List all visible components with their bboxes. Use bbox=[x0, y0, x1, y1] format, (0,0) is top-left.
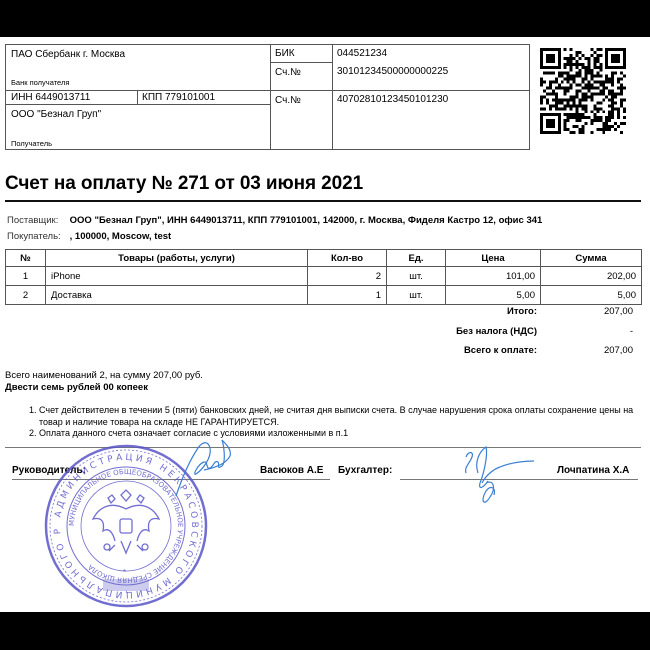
director-name: Васюков А.Е bbox=[260, 465, 323, 476]
items-table: № Товары (работы, услуги) Кол-во Ед. Цен… bbox=[5, 249, 642, 305]
invoice-page: ПАО Сбербанк г. Москва Банк получателя Б… bbox=[0, 37, 650, 612]
row-name: Доставка bbox=[46, 286, 308, 305]
amount-in-words: Двести семь рублей 00 копеек bbox=[5, 382, 203, 394]
director-signature-icon bbox=[168, 434, 238, 504]
row-sum: 202,00 bbox=[541, 267, 642, 286]
term-item: Оплата данного счета означает согласие с… bbox=[39, 428, 634, 440]
accountant-name: Лочпатина Х.А bbox=[557, 465, 629, 476]
account-label: Сч.№ bbox=[275, 95, 301, 107]
total-label: Итого: bbox=[507, 306, 537, 317]
accountant-signature-icon bbox=[460, 443, 540, 513]
col-header-unit: Ед. bbox=[387, 250, 446, 267]
corr-account-value: 30101234500000000225 bbox=[337, 66, 448, 78]
table-row: 2 Доставка 1 шт. 5,00 5,00 bbox=[6, 286, 642, 305]
bik-label: БИК bbox=[275, 48, 295, 60]
total-value: 207,00 bbox=[604, 306, 633, 317]
items-count-line: Всего наименований 2, на сумму 207,00 ру… bbox=[5, 370, 203, 382]
row-unit: шт. bbox=[387, 286, 446, 305]
buyer-label: Покупатель: bbox=[7, 231, 67, 242]
title-divider bbox=[5, 200, 641, 202]
row-unit: шт. bbox=[387, 267, 446, 286]
terms-block: Счет действителен в течении 5 (пяти) бан… bbox=[24, 405, 634, 440]
row-price: 101,00 bbox=[446, 267, 541, 286]
total-row: Итого: 207,00 bbox=[0, 304, 650, 324]
recipient-name: ООО "Безнал Груп" bbox=[11, 109, 101, 121]
vat-label: Без налога (НДС) bbox=[456, 326, 537, 337]
kpp-value: КПП 779101001 bbox=[142, 92, 215, 104]
buyer-value: , 100000, Moscow, test bbox=[70, 231, 172, 242]
table-header-row: № Товары (работы, услуги) Кол-во Ед. Цен… bbox=[6, 250, 642, 267]
accountant-label: Бухгалтер: bbox=[338, 465, 392, 476]
bik-value: 044521234 bbox=[337, 48, 387, 60]
grand-total-row: Всего к оплате: 207,00 bbox=[0, 343, 650, 363]
row-sum: 5,00 bbox=[541, 286, 642, 305]
vat-value: - bbox=[630, 326, 633, 337]
row-number: 1 bbox=[6, 267, 46, 286]
row-qty: 2 bbox=[308, 267, 387, 286]
grand-total-label: Всего к оплате: bbox=[464, 345, 537, 356]
invoice-title: Счет на оплату № 271 от 03 июня 2021 bbox=[5, 173, 363, 195]
row-number: 2 bbox=[6, 286, 46, 305]
account-value: 40702810123450101230 bbox=[337, 94, 448, 106]
supplier-line: Поставщик: ООО "Безнал Груп", ИНН 644901… bbox=[7, 215, 542, 226]
buyer-line: Покупатель: , 100000, Moscow, test bbox=[7, 231, 171, 242]
svg-text:МУНИЦИПАЛЬНОЕ ОБЩЕОБРАЗОВАТЕЛЬ: МУНИЦИПАЛЬНОЕ ОБЩЕОБРАЗОВАТЕЛЬНОЕ УЧРЕЖД… bbox=[68, 468, 184, 584]
col-header-number: № bbox=[6, 250, 46, 267]
table-row: 1 iPhone 2 шт. 101,00 202,00 bbox=[6, 267, 642, 286]
vat-row: Без налога (НДС) - bbox=[0, 324, 650, 344]
col-header-price: Цена bbox=[446, 250, 541, 267]
inn-value: ИНН 6449013711 bbox=[11, 92, 90, 104]
row-qty: 1 bbox=[308, 286, 387, 305]
term-item: Счет действителен в течении 5 (пяти) бан… bbox=[39, 405, 634, 428]
grand-total-value: 207,00 bbox=[604, 345, 633, 356]
recipient-label: Получатель bbox=[11, 138, 52, 150]
corr-account-label: Сч.№ bbox=[275, 67, 301, 79]
row-name: iPhone bbox=[46, 267, 308, 286]
bank-label: Банк получателя bbox=[11, 77, 69, 89]
col-header-goods: Товары (работы, услуги) bbox=[46, 250, 308, 267]
supplier-value: ООО "Безнал Груп", ИНН 6449013711, КПП 7… bbox=[70, 215, 543, 226]
row-price: 5,00 bbox=[446, 286, 541, 305]
col-header-sum: Сумма bbox=[541, 250, 642, 267]
svg-text:*: * bbox=[123, 568, 126, 577]
bank-details-block: ПАО Сбербанк г. Москва Банк получателя Б… bbox=[5, 44, 530, 150]
col-header-qty: Кол-во bbox=[308, 250, 387, 267]
qr-code-icon bbox=[540, 48, 626, 134]
summary-block: Всего наименований 2, на сумму 207,00 ру… bbox=[5, 370, 203, 394]
supplier-label: Поставщик: bbox=[7, 215, 67, 226]
bank-name: ПАО Сбербанк г. Москва bbox=[11, 49, 125, 61]
totals-block: Итого: 207,00 Без налога (НДС) - Всего к… bbox=[0, 304, 650, 363]
